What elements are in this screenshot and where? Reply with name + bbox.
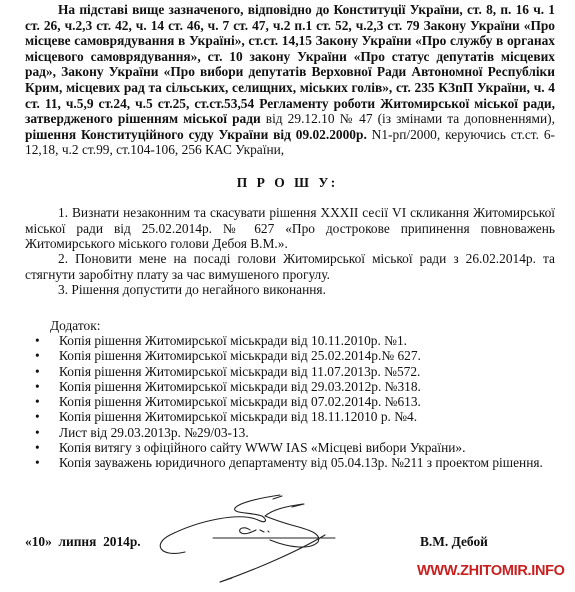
document-date: «10» липня 2014р. bbox=[25, 534, 141, 550]
bullet-icon: • bbox=[35, 425, 45, 440]
annex-item: •Копія рішення Житомирської міськради ві… bbox=[35, 394, 555, 409]
annex-item: •Копія рішення Житомирської міськради ві… bbox=[35, 348, 555, 363]
annex-item: •Копія рішення Житомирської міськради ві… bbox=[35, 379, 555, 394]
request-title: П Р О Ш У: bbox=[0, 175, 575, 191]
request-item-3: 3. Рішення допустити до негайного викона… bbox=[25, 282, 555, 298]
annex-item: •Лист від 29.03.2013р. №29/03-13. bbox=[35, 425, 555, 440]
bullet-icon: • bbox=[35, 379, 45, 394]
signature-icon bbox=[140, 490, 340, 590]
annex-item: •Копія рішення Житомирської міськради ві… bbox=[35, 409, 555, 424]
intro-decision-ref: від 29.12.10 № 47 (із змінами та доповне… bbox=[261, 111, 555, 126]
annex-title: Додаток: bbox=[50, 318, 100, 334]
signer-name: В.М. Дебой bbox=[420, 534, 488, 550]
request-item-1: 1. Визнати незаконним та скасувати рішен… bbox=[25, 205, 555, 252]
annex-item: •Копія рішення Житомирської міськради ві… bbox=[35, 333, 555, 348]
watermark-text: WWW.ZHITOMIR.INFO bbox=[417, 563, 565, 579]
annex-item: •Копія рішення Житомирської міськради ві… bbox=[35, 364, 555, 379]
annex-list: •Копія рішення Житомирської міськради ві… bbox=[35, 333, 555, 471]
bullet-icon: • bbox=[35, 455, 45, 470]
bullet-icon: • bbox=[35, 394, 45, 409]
bullet-icon: • bbox=[35, 333, 45, 348]
bullet-icon: • bbox=[35, 409, 45, 424]
request-item-2: 2. Поновити мене на посаді голови Житоми… bbox=[25, 251, 555, 282]
annex-item: •Копія зауважень юридичного департаменту… bbox=[35, 455, 555, 470]
intro-paragraph: На підставі вище зазначеного, відповідно… bbox=[25, 2, 555, 158]
intro-court-decision: рішення Конституційного суду України від… bbox=[25, 127, 367, 142]
bullet-icon: • bbox=[35, 440, 45, 455]
intro-legal-basis: На підставі вище зазначеного, відповідно… bbox=[25, 2, 555, 126]
document-page: На підставі вище зазначеного, відповідно… bbox=[0, 0, 575, 592]
bullet-icon: • bbox=[35, 364, 45, 379]
annex-item: •Копія витягу з офіційного сайту WWW IAS… bbox=[35, 440, 555, 455]
bullet-icon: • bbox=[35, 348, 45, 363]
